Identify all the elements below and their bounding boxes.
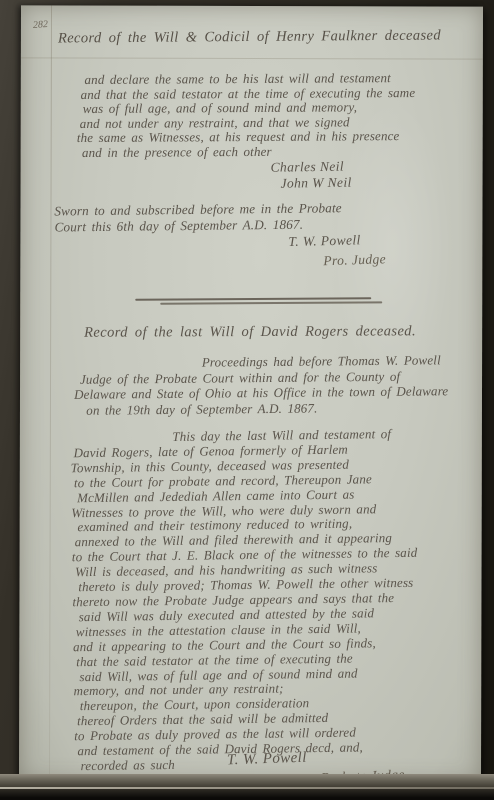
ledger-page: 282 Record of the Will & Codicil of Henr… bbox=[19, 5, 483, 782]
record-2-title: Record of the last Will of David Rogers … bbox=[84, 323, 416, 341]
handwritten-line: on the 19th day of September A.D. 1867. bbox=[86, 399, 448, 418]
judge-signature: T. W. Powell bbox=[227, 750, 307, 770]
paper-crease-horizontal bbox=[21, 57, 483, 59]
page-number: 282 bbox=[33, 19, 49, 31]
handwritten-line: Court this 6th day of September A.D. 186… bbox=[54, 216, 342, 235]
book-cover-edge bbox=[0, 789, 494, 800]
witness-signature-john-w-neil: John W Neil bbox=[280, 175, 351, 192]
judge-title: Pro. Judge bbox=[323, 251, 386, 269]
witness-signature-charles-neil: Charles Neil bbox=[270, 159, 344, 176]
ledger-book-photo: 282 Record of the Will & Codicil of Henr… bbox=[0, 0, 494, 800]
jurat-statement: Sworn to and subscribed before me in the… bbox=[54, 200, 342, 235]
book-page-edges bbox=[0, 774, 494, 788]
record-1-title: Record of the Will & Codicil of Henry Fa… bbox=[58, 27, 441, 47]
record-2-proceedings: Proceedings had before Thomas W. Powell … bbox=[80, 352, 449, 418]
paper-crease-vertical bbox=[49, 5, 52, 781]
handwritten-line: and in the presence of each other bbox=[82, 144, 416, 161]
judge-signature: T. W. Powell bbox=[288, 232, 361, 250]
record-1-body: and declare the same to be his last will… bbox=[84, 71, 415, 161]
record-2-body: This day the last Will and testament of … bbox=[73, 427, 420, 774]
